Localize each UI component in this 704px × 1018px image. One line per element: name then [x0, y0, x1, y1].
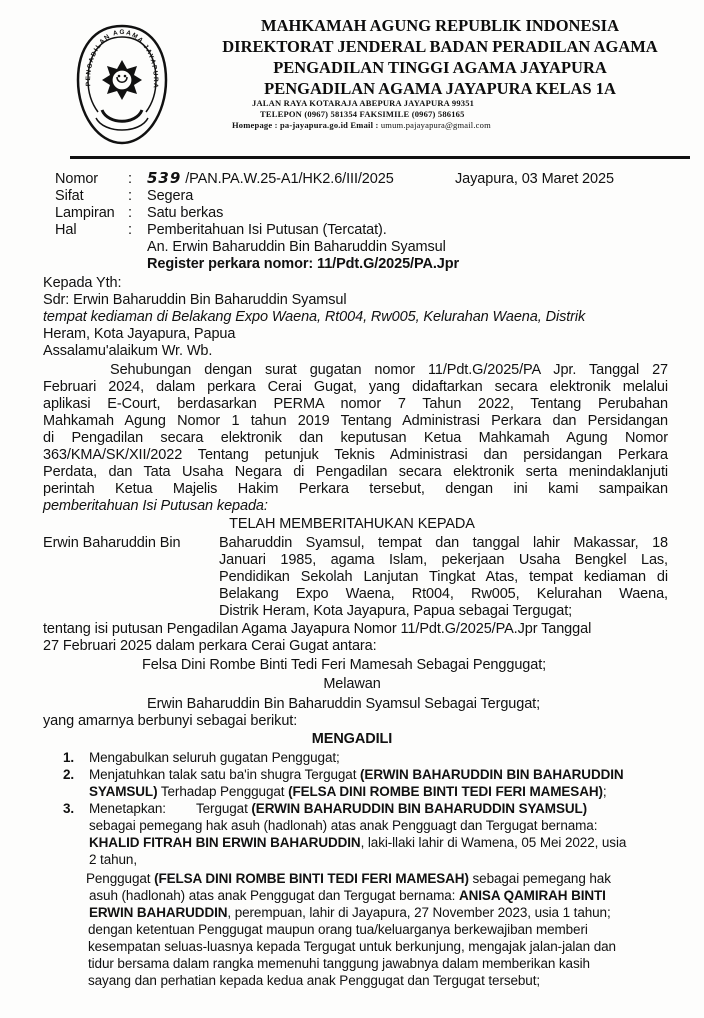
ruling-number: 2.: [63, 766, 74, 783]
para1-line: di Pengadilan secara elektronik dan kepu…: [43, 430, 668, 447]
para1-line: Mahkamah Agung Nomor 1 tahun 2019 Tentan…: [43, 413, 668, 430]
party-line: Pendidikan Sekolah Lanjutan Tingkat Atas…: [219, 569, 668, 586]
homepage-label: Homepage : pa-jayapura.go.id Email :: [232, 120, 381, 130]
handwritten-number: 539: [147, 169, 181, 187]
court-seal-icon: PENGADILAN AGAMA JAYAPURA: [72, 22, 172, 147]
nomor-label: Nomor: [55, 171, 98, 188]
letterhead-web: Homepage : pa-jayapura.go.id Email : umu…: [232, 120, 491, 130]
lampiran-value: Satu berkas: [147, 205, 223, 222]
para1-line: Sehubungan dengan surat gugatan nomor 11…: [110, 362, 668, 379]
colon: :: [128, 188, 132, 205]
ruling-item-3-line-10: tidur bersama dalam rangka memenuhi tang…: [88, 955, 590, 972]
heading-notified: TELAH MEMBERITAHUKAN KEPADA: [0, 516, 704, 533]
kepada-label: Kepada Yth:: [43, 275, 121, 292]
decision-line-2: 27 Februari 2025 dalam perkara Cerai Gug…: [43, 638, 377, 655]
ruling-number: 1.: [63, 749, 74, 766]
para1-line: Februari 2024, dalam perkara Cerai Gugat…: [43, 379, 668, 396]
hal-label: Hal: [55, 222, 76, 239]
email-address: umum.pajayapura@gmail.com: [381, 120, 491, 130]
nomor-value: 539 /PAN.PA.W.25-A1/HK2.6/III/2025: [147, 170, 394, 188]
sifat-label: Sifat: [55, 188, 84, 205]
lampiran-label: Lampiran: [55, 205, 115, 222]
recipient-address-1: tempat kediaman di Belakang Expo Waena, …: [43, 309, 585, 326]
ruling-item-3-line-8: dengan ketentuan Penggugat maupun orang …: [88, 921, 588, 938]
para1-line: Perdata, dan Tata Usaha Negara di Pengad…: [43, 464, 668, 481]
ruling-item-3-line-11: sayang dan perhatian kepada kedua anak P…: [88, 972, 540, 989]
greeting: Assalamu'alaikum Wr. Wb.: [43, 343, 212, 360]
party-line: Januari 1985, agama Islam, pekerjaan Usa…: [219, 552, 668, 569]
para1-line: perintah Ketua Majelis Hakim Perkara ter…: [43, 481, 668, 498]
ruling-item-3-line-4: 2 tahun,: [89, 851, 137, 868]
para1-last-line: pemberitahuan Isi Putusan kepada:: [43, 498, 268, 515]
party-last-line: Distrik Heram, Kota Jayapura, Papua seba…: [219, 603, 572, 620]
para1-line: 363/KMA/SK/XII/2022 Tentang petunjuk Tek…: [43, 447, 668, 464]
hal-value-1: Pemberitahuan Isi Putusan (Tercatat).: [147, 222, 387, 239]
ruling-number: 3.: [63, 800, 74, 817]
ruling-item-3-line-3: KHALID FITRAH BIN ERWIN BAHARUDDIN, laki…: [89, 834, 626, 851]
ruling-item-3-line-9: kesempatan seluas-luasnya kepada Terguga…: [88, 938, 616, 955]
letter-page: PENGADILAN AGAMA JAYAPURA MAHKAMAH AGUNG…: [0, 0, 704, 1018]
party-line: Belakang Expo Waena, Rt004, Rw005, Kelur…: [219, 586, 668, 603]
ruling-item-3-label: Menetapkan:: [89, 800, 166, 817]
party-name: Erwin Baharuddin Bin: [43, 535, 180, 552]
party-line: Baharuddin Syamsul, tempat dan tanggal l…: [219, 535, 668, 552]
colon: :: [128, 205, 132, 222]
versus-label: Melawan: [0, 676, 704, 693]
letterhead-line-4: PENGADILAN AGAMA JAYAPURA KELAS 1A: [190, 79, 690, 99]
recipient-name: Sdr: Erwin Baharuddin Bin Baharuddin Sya…: [43, 292, 347, 309]
colon: :: [128, 171, 132, 188]
ruling-item-2-line-1: Menjatuhkan talak satu ba'in shugra Terg…: [89, 766, 624, 783]
letterhead-address: JALAN RAYA KOTARAJA ABEPURA JAYAPURA 993…: [252, 98, 474, 108]
heading-ruling: MENGADILI: [0, 731, 704, 748]
ruling-item-1: Mengabulkan seluruh gugatan Penggugat;: [89, 749, 340, 766]
defendant-line: Erwin Baharuddin Bin Baharuddin Syamsul …: [147, 696, 540, 713]
sifat-value: Segera: [147, 188, 193, 205]
amar-intro: yang amarnya berbunyi sebagai berikut:: [43, 713, 297, 730]
recipient-address-2: Heram, Kota Jayapura, Papua: [43, 326, 235, 343]
letterhead-line-1: MAHKAMAH AGUNG REPUBLIK INDONESIA: [190, 16, 690, 36]
letterhead-line-3: PENGADILAN TINGGI AGAMA JAYAPURA: [190, 58, 690, 78]
decision-line-1: tentang isi putusan Pengadilan Agama Jay…: [43, 621, 591, 638]
hal-value-3: Register perkara nomor: 11/Pdt.G/2025/PA…: [147, 256, 459, 273]
ruling-item-2-line-2: SYAMSUL) Terhadap Penggugat (FELSA DINI …: [89, 783, 607, 800]
letterhead-phone: TELEPON (0967) 581354 FAKSIMILE (0967) 5…: [260, 109, 465, 119]
colon: :: [128, 222, 132, 239]
para1-line: aplikasi E-Court, berdasarkan PERMA nomo…: [43, 396, 668, 413]
ruling-item-3-line-7: ERWIN BAHARUDDIN, perempuan, lahir di Ja…: [89, 904, 611, 921]
plaintiff-line: Felsa Dini Rombe Binti Tedi Feri Mamesah…: [142, 657, 546, 674]
ruling-item-3-line-5: Penggugat (FELSA DINI ROMBE BINTI TEDI F…: [86, 870, 611, 887]
ruling-item-3-line-2: sebagai pemegang hak asuh (hadlonah) ata…: [89, 817, 597, 834]
ruling-item-3-line-6: asuh (hadlonah) atas anak Penggugat dan …: [89, 887, 606, 904]
hal-value-2: An. Erwin Baharuddin Bin Baharuddin Syam…: [147, 239, 446, 256]
letterhead-rule: [70, 156, 690, 159]
letterhead-line-2: DIREKTORAT JENDERAL BADAN PERADILAN AGAM…: [190, 37, 690, 57]
ruling-item-3-line-1: Tergugat (ERWIN BAHARUDDIN BIN BAHARUDDI…: [196, 800, 587, 817]
place-date: Jayapura, 03 Maret 2025: [455, 171, 614, 188]
